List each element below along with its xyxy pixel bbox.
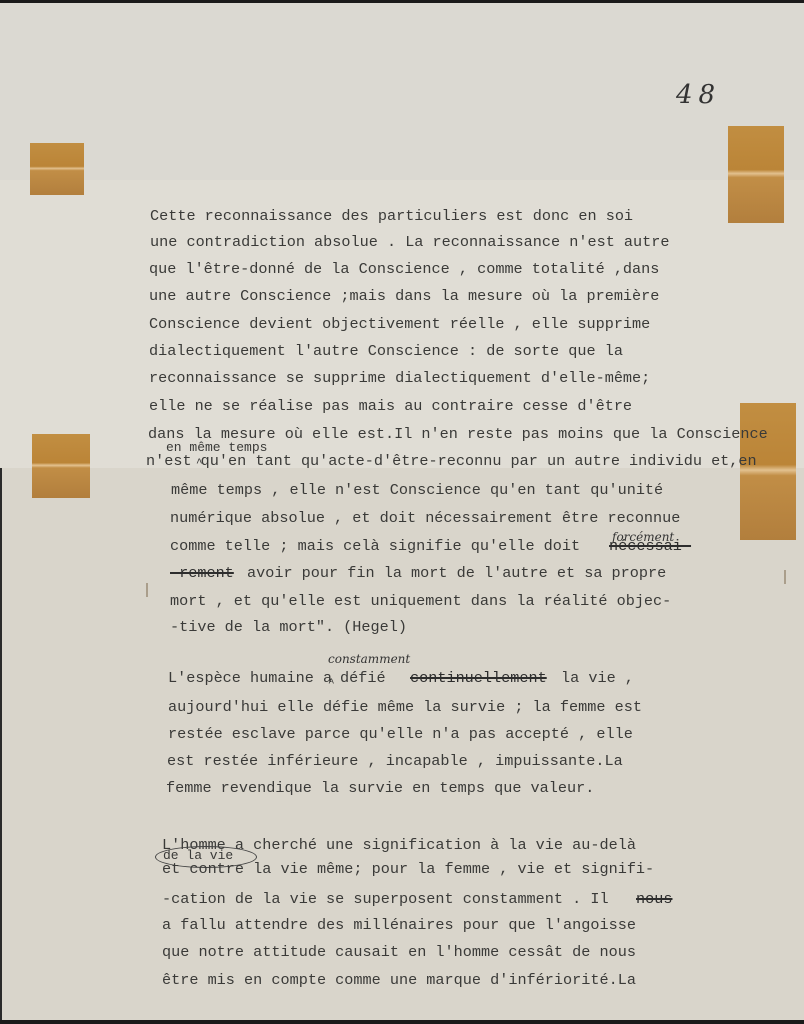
text-line: mort , et qu'elle est uniquement dans la… xyxy=(170,592,671,610)
text-line: Cette reconnaissance des particuliers es… xyxy=(150,207,633,225)
text-line: défié xyxy=(340,669,386,687)
text-line: une contradiction absolue . La reconnais… xyxy=(150,233,670,251)
text-line: -tive de la mort". (Hegel) xyxy=(170,618,407,636)
handwritten-insert: constamment xyxy=(328,652,410,666)
text-line: reconnaissance se supprime dialectiqueme… xyxy=(149,369,650,387)
text-line: être mis en compte comme une marque d'in… xyxy=(162,971,636,989)
insertion-caret: ^ xyxy=(196,458,203,470)
text-line: a fallu attendre des millénaires pour qu… xyxy=(162,916,636,934)
tape-middle-left xyxy=(32,434,90,498)
text-line: que l'être-donné de la Conscience , comm… xyxy=(149,260,659,278)
page-number: 48 xyxy=(676,80,721,110)
struck-word: continuellement xyxy=(410,669,547,687)
text-line: femme revendique la survie en temps que … xyxy=(166,779,594,797)
text-line: numérique absolue , et doit nécessaireme… xyxy=(170,509,680,527)
text-line: que notre attitude causait en l'homme ce… xyxy=(162,943,636,961)
margin-mark xyxy=(146,583,148,597)
margin-mark xyxy=(784,570,786,584)
text-line: aujourd'hui elle défie même la survie ; … xyxy=(168,698,642,716)
text-line: même temps , elle n'est Conscience qu'en… xyxy=(171,481,663,499)
text-line: L'espèce humaine a xyxy=(168,669,332,687)
struck-word: -rement xyxy=(170,564,234,582)
text-line: elle ne se réalise pas mais au contraire… xyxy=(149,397,632,415)
text-line: la vie , xyxy=(561,669,634,687)
tape-top-left xyxy=(30,143,84,195)
text-line: dialectiquement l'autre Conscience : de … xyxy=(149,342,623,360)
tape-top-right xyxy=(728,126,784,223)
text-line: comme telle ; mais celà signifie qu'elle… xyxy=(170,537,580,555)
text-line: une autre Conscience ;mais dans la mesur… xyxy=(149,287,659,305)
insertion-caret: ^ xyxy=(328,678,335,690)
struck-word: nous xyxy=(636,890,672,908)
text-line: avoir pour fin la mort de l'autre et sa … xyxy=(247,564,666,582)
handwritten-correction: forcément xyxy=(612,530,674,544)
text-line: est restée inférieure , incapable , impu… xyxy=(167,752,623,770)
text-line: n'est qu'en tant qu'acte-d'être-reconnu … xyxy=(146,452,757,470)
text-line: restée esclave parce qu'elle n'a pas acc… xyxy=(168,725,633,743)
text-line: Conscience devient objectivement réelle … xyxy=(149,315,650,333)
text-line: -cation de la vie se superposent constam… xyxy=(162,890,609,908)
text-line: et contre la vie même; pour la femme , v… xyxy=(162,860,654,878)
tape-middle-right xyxy=(740,403,796,540)
